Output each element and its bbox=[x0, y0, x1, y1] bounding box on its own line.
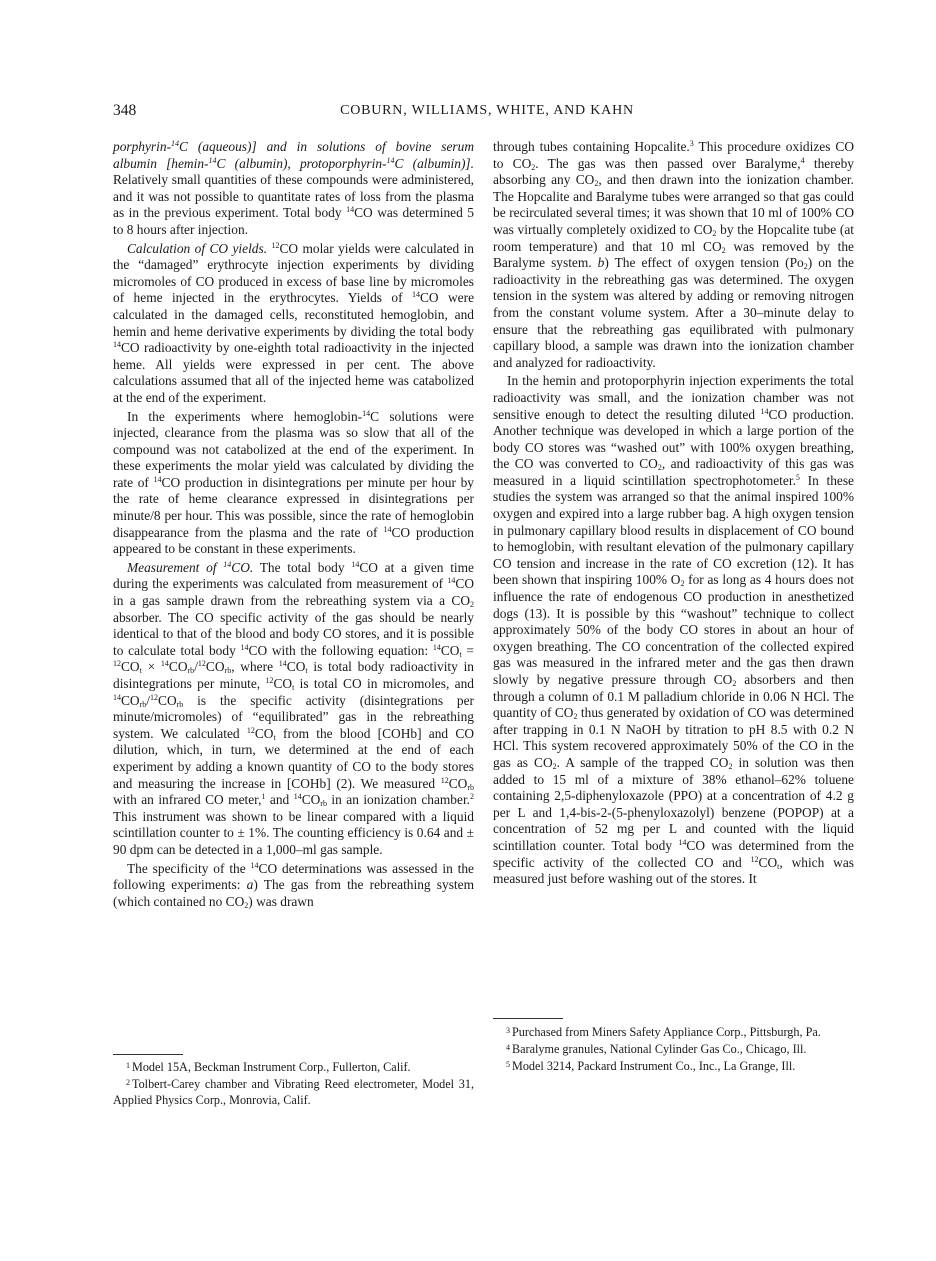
footnote-1: 1Model 15A, Beckman Instrument Corp., Fu… bbox=[113, 1058, 474, 1075]
footnotes-right: 3Purchased from Miners Safety Appliance … bbox=[493, 1023, 854, 1074]
running-head: 348 COBURN, WILLIAMS, WHITE, AND KAHN bbox=[113, 102, 853, 122]
footnote-ref-2: 2 bbox=[470, 792, 474, 801]
paragraph-continued: through tubes containing Hopcalite.3 Thi… bbox=[493, 139, 854, 371]
footnote-5: 5Model 3214, Packard Instrument Co., Inc… bbox=[493, 1057, 854, 1074]
paragraph-continued: porphyrin-14C (aqueous)] and in solution… bbox=[113, 139, 474, 239]
right-column: through tubes containing Hopcalite.3 Thi… bbox=[493, 139, 854, 888]
footnote-divider bbox=[113, 1054, 183, 1055]
footnote-3: 3Purchased from Miners Safety Appliance … bbox=[493, 1023, 854, 1040]
left-column: porphyrin-14C (aqueous)] and in solution… bbox=[113, 139, 474, 910]
footnotes-left: 1Model 15A, Beckman Instrument Corp., Fu… bbox=[113, 1058, 474, 1108]
running-head-authors: COBURN, WILLIAMS, WHITE, AND KAHN bbox=[113, 103, 853, 119]
paragraph-hemin-protoporphyrin: In the hemin and protoporphyrin injectio… bbox=[493, 373, 854, 887]
footnote-4: 4Baralyme granules, National Cylinder Ga… bbox=[493, 1040, 854, 1057]
paragraph-hemoglobin-experiments: In the experiments where hemoglobin-14C … bbox=[113, 409, 474, 558]
footnote-divider bbox=[493, 1018, 563, 1019]
footnote-2: 2Tolbert-Carey chamber and Vibrating Ree… bbox=[113, 1075, 474, 1108]
run-in-heading: Calculation of CO yields. bbox=[127, 241, 267, 256]
paragraph-measurement-of-14co: Measurement of 14CO. The total body 14CO… bbox=[113, 560, 474, 859]
paragraph-specificity: The specificity of the 14CO determinatio… bbox=[113, 861, 474, 911]
paragraph-calculation-of-co-yields: Calculation of CO yields. 12CO molar yie… bbox=[113, 241, 474, 407]
run-in-heading: Measurement of 14CO. bbox=[127, 560, 253, 575]
